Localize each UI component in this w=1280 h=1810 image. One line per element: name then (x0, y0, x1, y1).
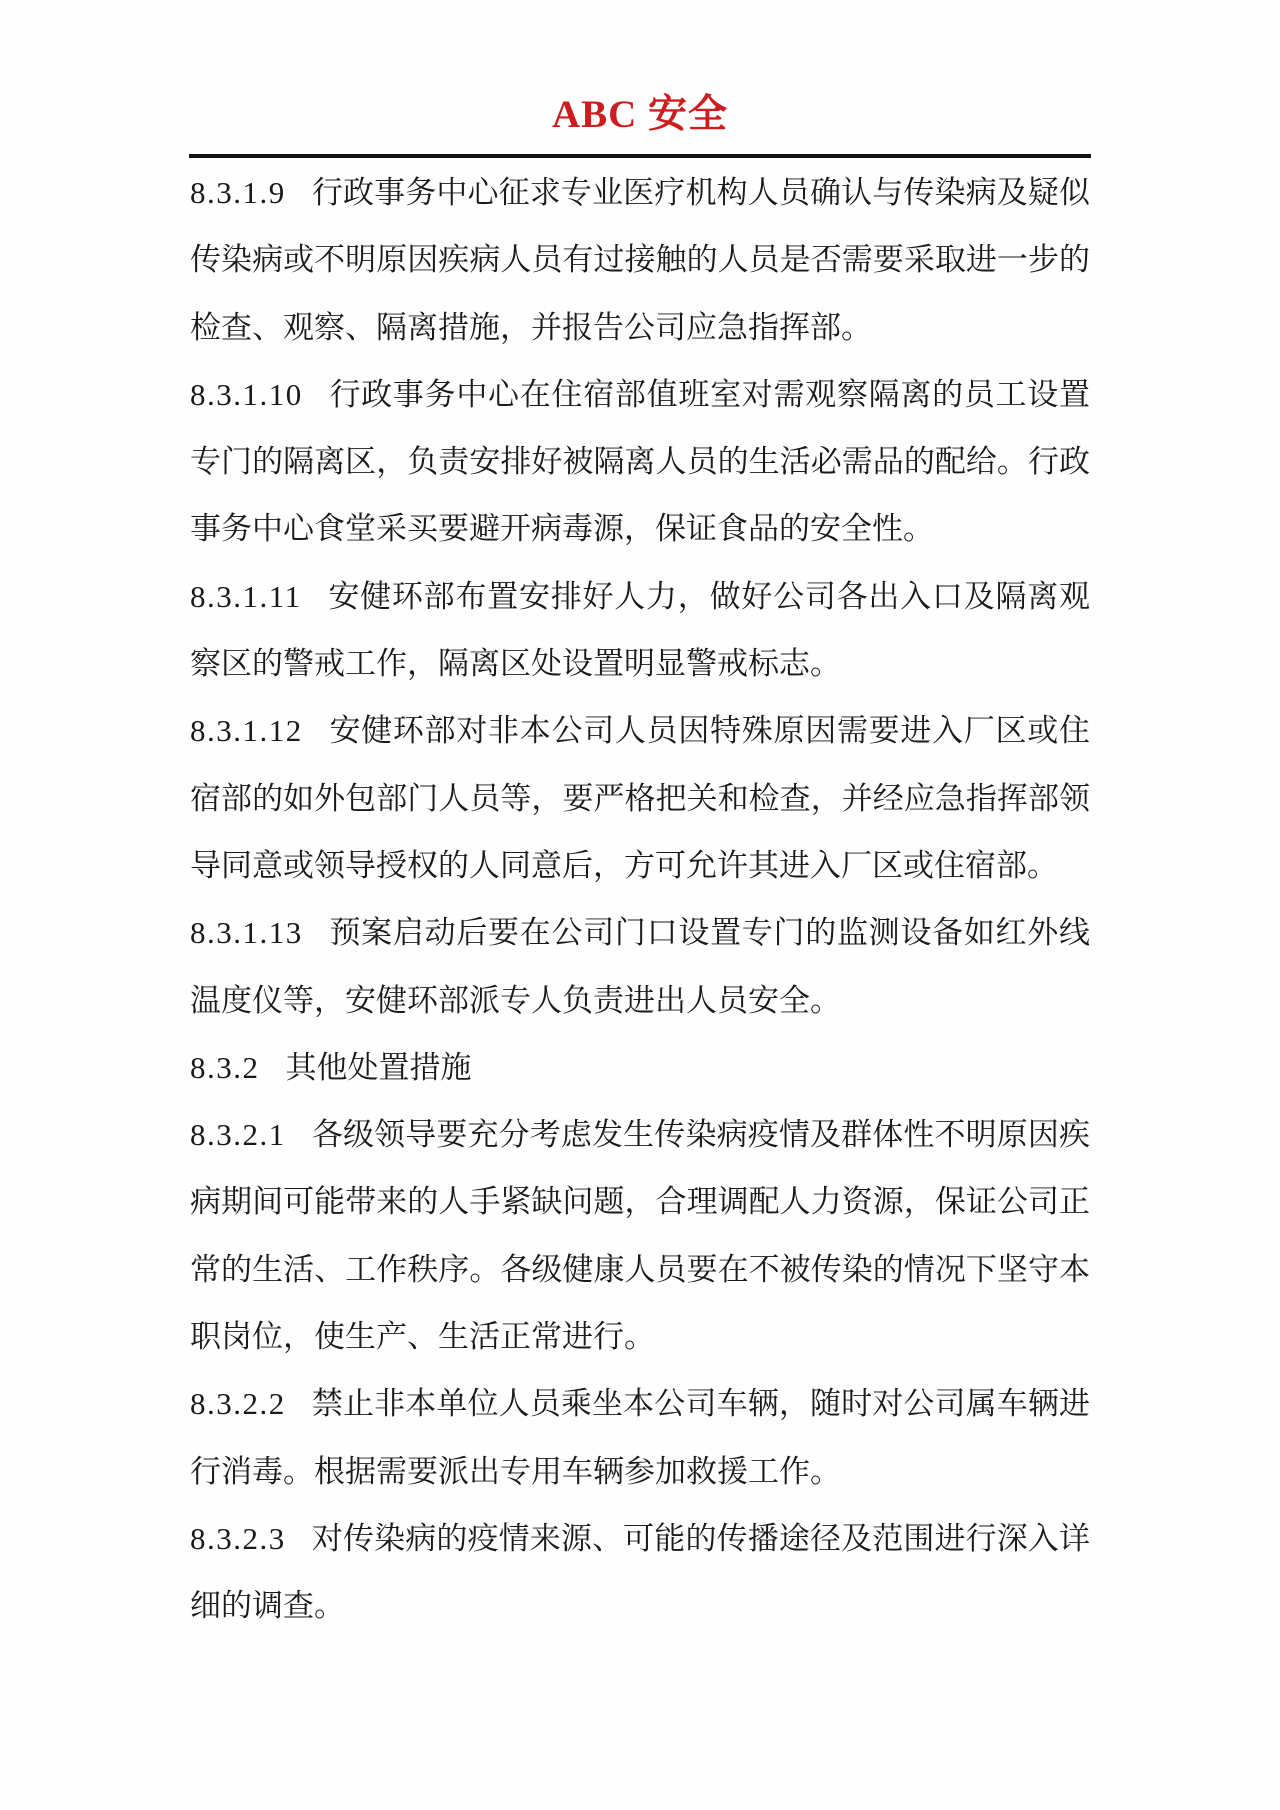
paragraph: 8.3.2.3对传染病的疫情来源、可能的传播途径及范围进行深入详细的调查。 (190, 1505, 1090, 1640)
paragraph-number: 8.3.1.10 (190, 377, 303, 412)
paragraph-text: 各级领导要充分考虑发生传染病疫情及群体性不明原因疾病期间可能带来的人手紧缺问题，… (190, 1117, 1090, 1354)
paragraph-text: 预案启动后要在公司门口设置专门的监测设备如红外线温度仪等，安健环部派专人负责进出… (190, 915, 1090, 1017)
document-body: 8.3.1.9行政事务中心征求专业医疗机构人员确认与传染病及疑似传染病或不明原因… (190, 158, 1090, 1640)
paragraph: 8.3.2.1各级领导要充分考虑发生传染病疫情及群体性不明原因疾病期间可能带来的… (190, 1101, 1090, 1370)
paragraph: 8.3.1.10行政事务中心在住宿部值班室对需观察隔离的员工设置专门的隔离区，负… (190, 361, 1090, 563)
paragraph-text: 行政事务中心在住宿部值班室对需观察隔离的员工设置专门的隔离区，负责安排好被隔离人… (190, 377, 1090, 547)
paragraph-number: 8.3.1.9 (190, 175, 286, 210)
paragraph: 8.3.1.9行政事务中心征求专业医疗机构人员确认与传染病及疑似传染病或不明原因… (190, 159, 1090, 361)
paragraph: 8.3.1.13预案启动后要在公司门口设置专门的监测设备如红外线温度仪等，安健环… (190, 899, 1090, 1034)
paragraph: 8.3.2.2禁止非本单位人员乘坐本公司车辆，随时对公司属车辆进行消毒。根据需要… (190, 1370, 1090, 1505)
paragraph-text: 禁止非本单位人员乘坐本公司车辆，随时对公司属车辆进行消毒。根据需要派出专用车辆参… (190, 1386, 1090, 1488)
paragraph-number: 8.3.2 (190, 1050, 260, 1085)
paragraph-number: 8.3.1.12 (190, 713, 303, 748)
paragraph-text: 其他处置措施 (286, 1050, 472, 1085)
paragraph-number: 8.3.1.11 (190, 579, 302, 614)
paragraph-text: 安健环部布置安排好人力，做好公司各出入口及隔离观察区的警戒工作，隔离区处设置明显… (190, 579, 1090, 681)
paragraph-text: 对传染病的疫情来源、可能的传播途径及范围进行深入详细的调查。 (190, 1521, 1090, 1623)
document-header: ABC 安全 (0, 0, 1280, 158)
paragraph-number: 8.3.2.3 (190, 1521, 286, 1556)
paragraph: 8.3.1.12安健环部对非本公司人员因特殊原因需要进入厂区或住宿部的如外包部门… (190, 697, 1090, 899)
paragraph: 8.3.1.11安健环部布置安排好人力，做好公司各出入口及隔离观察区的警戒工作，… (190, 563, 1090, 698)
document-page: ABC 安全 8.3.1.9行政事务中心征求专业医疗机构人员确认与传染病及疑似传… (0, 0, 1280, 1810)
paragraph-number: 8.3.2.2 (190, 1386, 286, 1421)
paragraph-text: 行政事务中心征求专业医疗机构人员确认与传染病及疑似传染病或不明原因疾病人员有过接… (190, 175, 1090, 345)
paragraph-number: 8.3.2.1 (190, 1117, 286, 1152)
paragraph-text: 安健环部对非本公司人员因特殊原因需要进入厂区或住宿部的如外包部门人员等，要严格把… (190, 713, 1090, 883)
page-title: ABC 安全 (0, 0, 1280, 140)
paragraph: 8.3.2其他处置措施 (190, 1034, 1090, 1101)
paragraph-number: 8.3.1.13 (190, 915, 303, 950)
